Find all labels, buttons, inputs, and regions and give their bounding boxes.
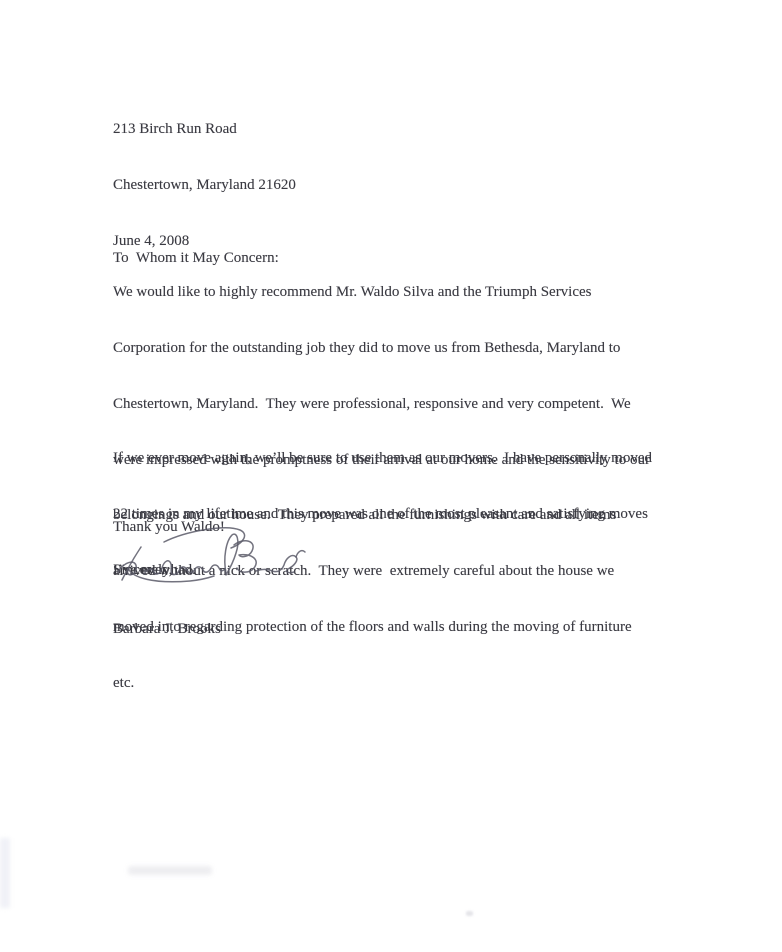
paragraph-line: Chestertown, Maryland. They were profess… xyxy=(113,395,650,414)
paragraph-line: We would like to highly recommend Mr. Wa… xyxy=(113,283,650,302)
signer-name-text: Barbara J. Brooks xyxy=(113,620,221,639)
scan-smudge xyxy=(466,911,473,916)
sender-address-line-1: 213 Birch Run Road xyxy=(113,120,296,139)
scan-smudge xyxy=(128,866,212,875)
paragraph-line: If we ever move again, we’ll be sure to … xyxy=(113,449,652,468)
paragraph-line: Corporation for the outstanding job they… xyxy=(113,339,650,358)
paragraph-line: etc. xyxy=(113,674,650,693)
scan-edge-artifact xyxy=(0,838,10,908)
closing-text: Sincerely, xyxy=(113,561,172,580)
sender-address-line-2: Chestertown, Maryland 21620 xyxy=(113,176,296,195)
scanned-letter-page: 213 Birch Run Road Chestertown, Maryland… xyxy=(0,0,782,952)
signer-name: Barbara J. Brooks xyxy=(113,583,221,676)
